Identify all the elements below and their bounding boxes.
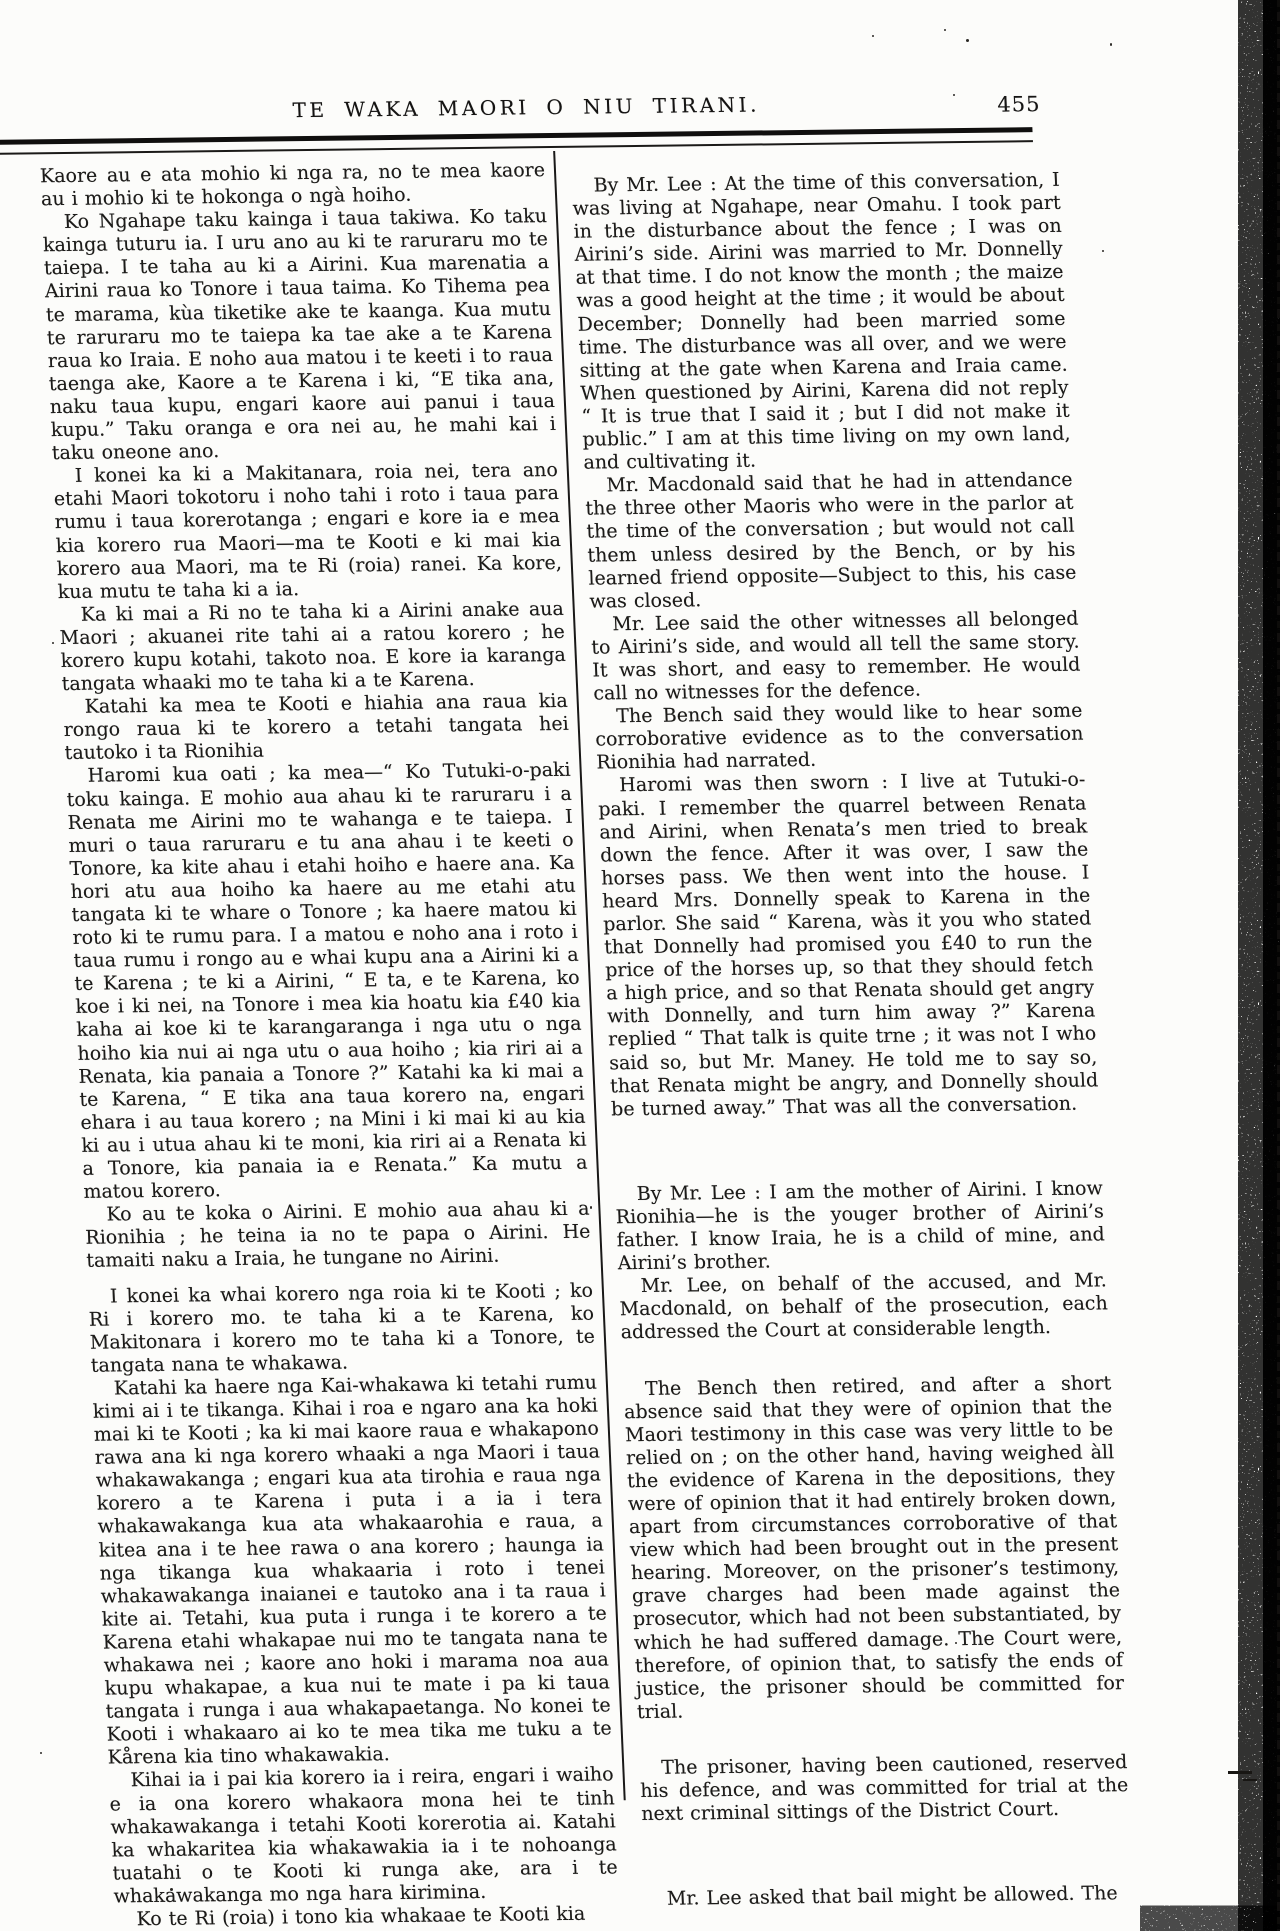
paragraph: Mr. Lee asked that bail might be allowed…: [644, 1882, 1133, 1911]
paragraph: By Mr. Lee : At the time of this convers…: [571, 169, 1072, 475]
paragraph: Kaore au e ata mohio ki nga ra, no te me…: [40, 159, 547, 211]
paragraph: Mr. Lee, on behalf of the accused, and M…: [618, 1270, 1109, 1345]
ink-speck: [966, 39, 969, 42]
scan-noise-band: [1140, 0, 1280, 1931]
paragraph: I konei ka whai korero nga roia ki te Ko…: [87, 1279, 596, 1378]
ink-dash: [1243, 1779, 1257, 1781]
page-number: 455: [997, 94, 1041, 116]
ink-speck: [1110, 43, 1112, 46]
ink-speck: [872, 35, 874, 37]
ink-speck: [40, 1752, 42, 1754]
paragraph: Ko te Ri (roia) i tono kia whakaae te Ko…: [114, 1902, 620, 1931]
ink-speck: [330, 1836, 332, 1838]
article-columns: Kaore au e ata mohio ki nga ra, no te me…: [40, 153, 1134, 1931]
ink-speck: [953, 94, 955, 96]
ink-speck: [760, 397, 762, 399]
paragraph: Ko au te koka o Airini. E mohio aua ahau…: [84, 1198, 592, 1273]
paragraph: The Bench said they would like to hear s…: [594, 700, 1085, 775]
paragraph: Haromi kua oati ; ka mea—“ Ko Tutuki-o-p…: [65, 759, 589, 1204]
paragraph: Haromi was then sworn : I live at Tutuki…: [597, 769, 1100, 1121]
masthead-title: TE WAKA MAORI O NIU TIRANI.: [0, 91, 1060, 124]
paragraph: The prisoner, having been cautioned, res…: [639, 1751, 1130, 1826]
paragraph: Katahi ka mea te Kooti e hiahia ana raua…: [62, 690, 570, 765]
paragraph: I konei ka ki a Makitanara, roia nei, te…: [52, 459, 563, 604]
ink-speck: [170, 1888, 173, 1891]
right-column: By Mr. Lee : At the time of this convers…: [570, 153, 1134, 1925]
left-column: Kaore au e ata mohio ki nga ra, no te me…: [40, 159, 621, 1931]
paragraph: The Bench then retired, and after a shor…: [623, 1372, 1126, 1724]
paragraph: By Mr. Lee : I am the mother of Airini. …: [614, 1177, 1106, 1275]
ink-speck: [1102, 250, 1104, 252]
ink-speck: [590, 1206, 592, 1209]
paragraph: Katahi ka haere nga Kai-whakawa ki tetah…: [91, 1371, 613, 1770]
ink-speck: [52, 642, 54, 644]
newspaper-page: TE WAKA MAORI O NIU TIRANI. 455 Kaore au…: [0, 0, 1280, 1931]
paragraph: Mr. Macdonald said that he had in attend…: [584, 469, 1078, 613]
paragraph: Kihai ia i pai kia korero ia i reira, en…: [108, 1764, 619, 1909]
paragraph: Ko Ngahape taku kainga i taua takiwa. Ko…: [42, 205, 558, 465]
ink-speck: [955, 1642, 957, 1644]
paragraph: Ka ki mai a Ri no te taha ki a Airini an…: [58, 598, 567, 697]
ink-dash: [1228, 1771, 1252, 1774]
paragraph: Mr. Lee said the other witnesses all bel…: [590, 607, 1082, 705]
ink-speck: [944, 29, 946, 31]
